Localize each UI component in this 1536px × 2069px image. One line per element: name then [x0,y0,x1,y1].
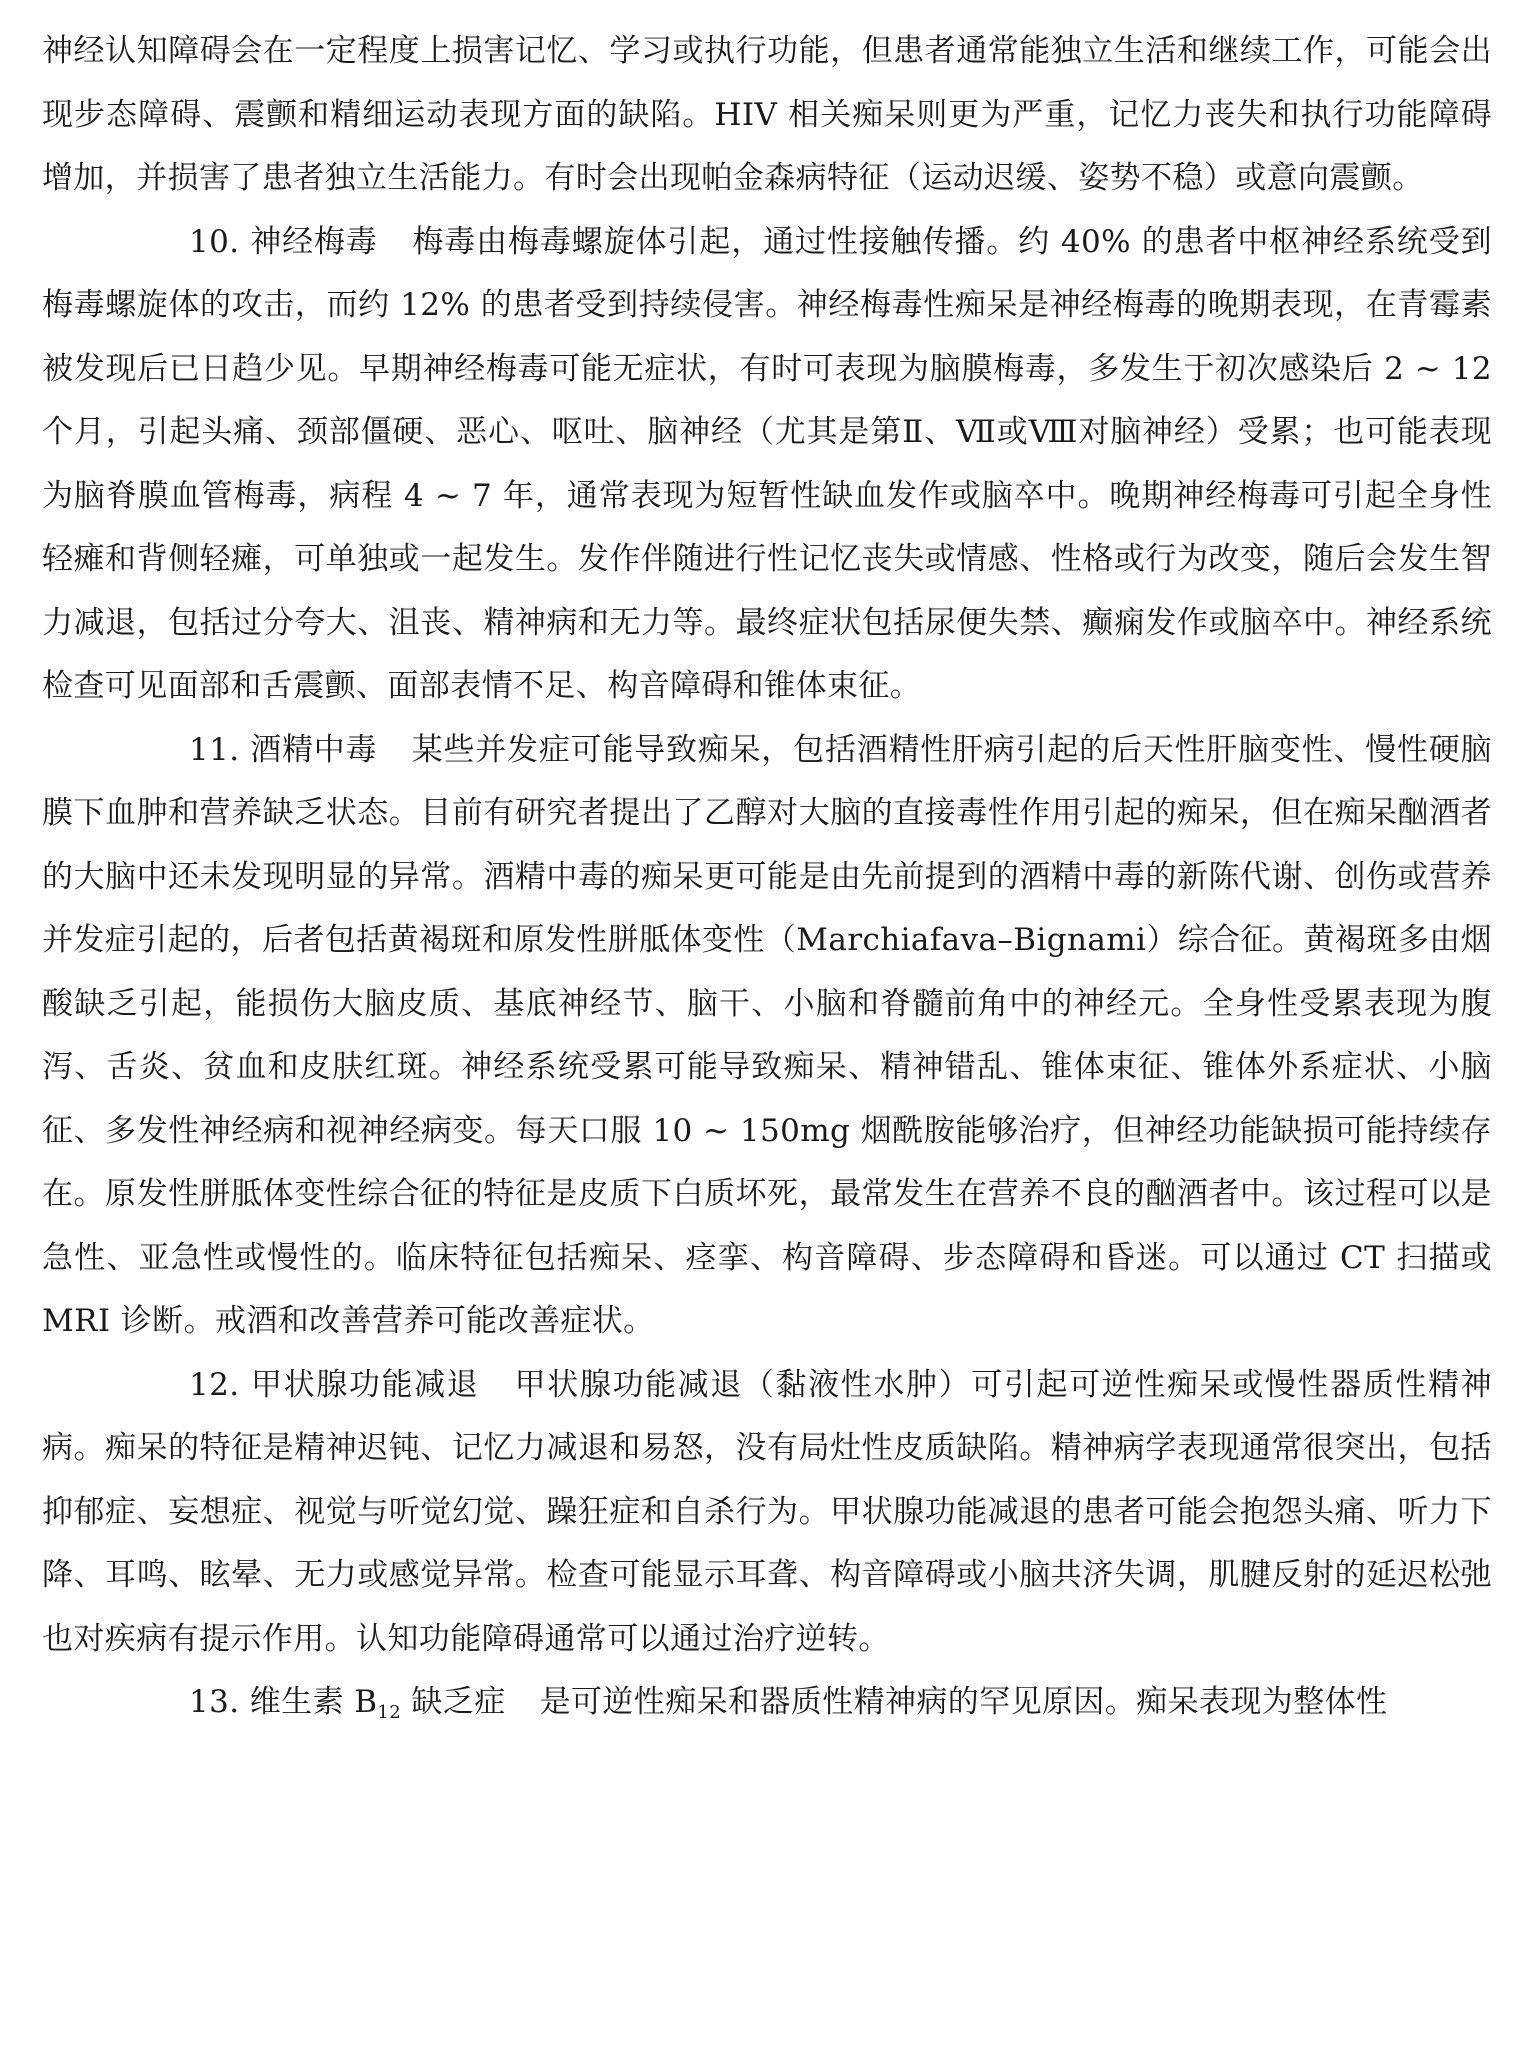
section-title: 酒精中毒 [250,732,377,768]
section-title: 神经梅毒 [250,224,378,260]
section-number: 12. [189,1367,240,1403]
document-page: 神经认知障碍会在一定程度上损害记忆、学习或执行功能，但患者通常能独立生活和继续工… [42,20,1492,1735]
section-title-subscript: 12 [377,1702,401,1723]
section-title: 甲状腺功能减退 [251,1367,479,1403]
section-title: 维生素 B12 缺乏症 [250,1684,506,1720]
section-11-alcoholism: 11. 酒精中毒某些并发症可能导致痴呆，包括酒精性肝病引起的后天性肝脑变性、慢性… [42,719,1492,1354]
paragraph-hiv-continued: 神经认知障碍会在一定程度上损害记忆、学习或执行功能，但患者通常能独立生活和继续工… [42,20,1492,211]
section-10-neurosyphilis: 10. 神经梅毒梅毒由梅毒螺旋体引起，通过性接触传播。约 40% 的患者中枢神经… [42,211,1492,719]
section-number: 10. [189,224,240,260]
section-12-hypothyroidism: 12. 甲状腺功能减退甲状腺功能减退（黏液性水肿）可引起可逆性痴呆或慢性器质性精… [42,1354,1492,1672]
paragraph-text: 神经认知障碍会在一定程度上损害记忆、学习或执行功能，但患者通常能独立生活和继续工… [42,33,1492,196]
section-number: 13. [189,1684,240,1720]
section-title-tail: 缺乏症 [401,1684,505,1720]
section-title-main: 维生素 B [250,1684,378,1720]
section-body: 某些并发症可能导致痴呆，包括酒精性肝病引起的后天性肝脑变性、慢性硬脑膜下血肿和营… [42,732,1492,1340]
section-13-b12-deficiency: 13. 维生素 B12 缺乏症是可逆性痴呆和器质性精神病的罕见原因。痴呆表现为整… [42,1671,1492,1735]
section-number: 11. [189,732,240,768]
section-body: 是可逆性痴呆和器质性精神病的罕见原因。痴呆表现为整体性 [540,1684,1388,1720]
section-body: 梅毒由梅毒螺旋体引起，通过性接触传播。约 40% 的患者中枢神经系统受到梅毒螺旋… [42,224,1492,705]
section-body: 甲状腺功能减退（黏液性水肿）可引起可逆性痴呆或慢性器质性精神病。痴呆的特征是精神… [42,1367,1492,1657]
